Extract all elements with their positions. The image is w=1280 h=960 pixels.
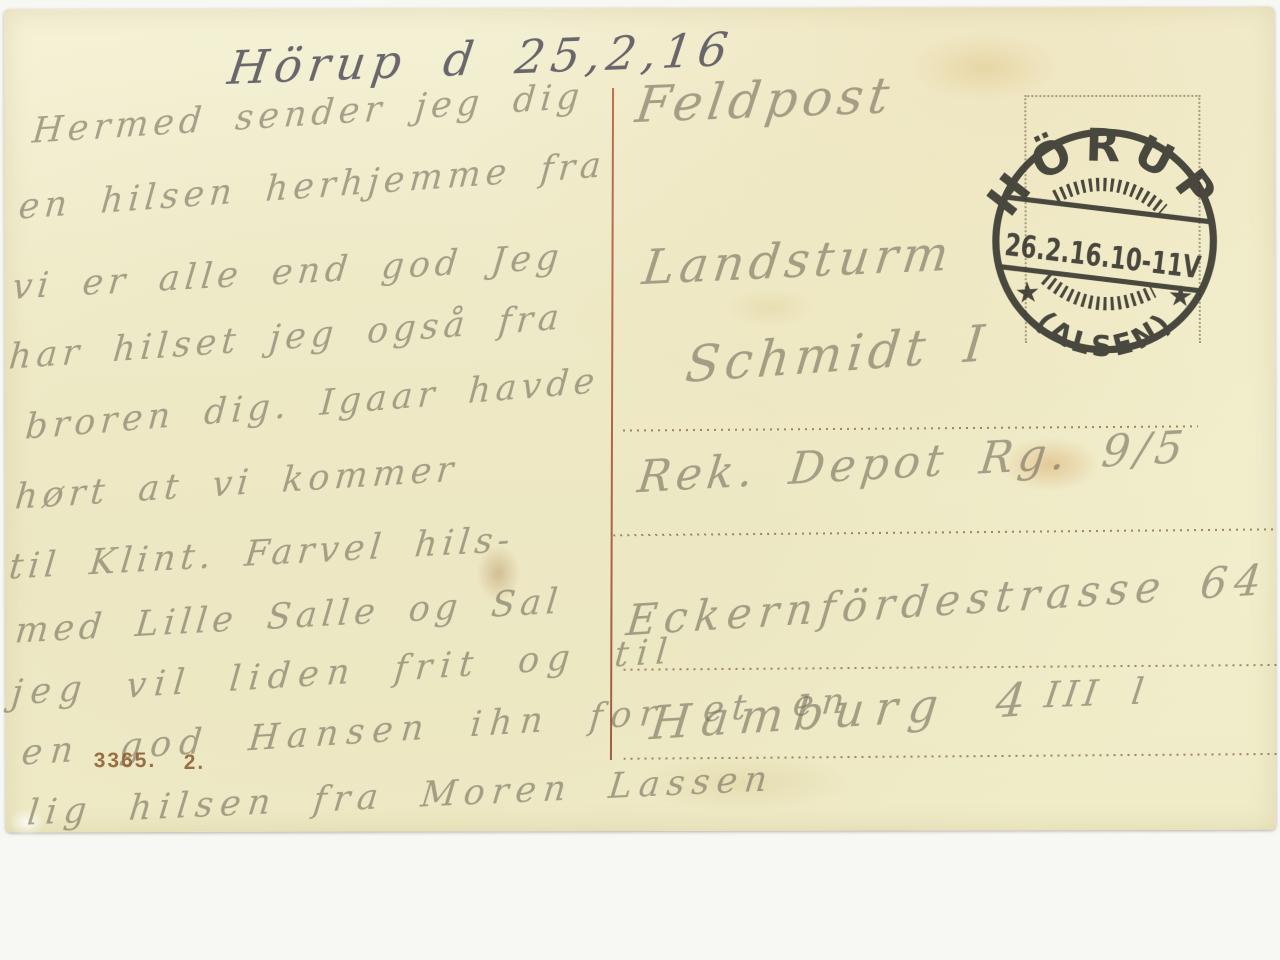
address-dotted-line (624, 753, 1278, 760)
paper-stain (725, 288, 815, 328)
printer-number: 3365. (94, 749, 157, 773)
message-line: en hilsen herhjemme fra (17, 145, 607, 228)
postmark-stamp: HÖRUP ★ (ALSEN) ★ 26.2.16.10-11V (986, 123, 1222, 359)
address-dotted-line (613, 528, 1277, 536)
printer-number-suffix: 2. (184, 751, 206, 775)
address-landsturm: Landsturm (639, 226, 956, 297)
postcard-scan: Hörup d 25,2,16 Hermed sender jeg dig en… (0, 0, 1280, 960)
message-line: med Lille Salle og Sal (13, 581, 564, 651)
address-floor: III l (1042, 671, 1151, 716)
message-line: har hilset jeg også fra (7, 297, 565, 377)
message-line: til Klint. Farvel hils- (7, 520, 516, 588)
address-feldpost: Feldpost (632, 66, 897, 134)
paper-stain (909, 32, 1059, 102)
address-dotted-line (624, 664, 1278, 671)
message-line: hørt at vi kommer (13, 449, 460, 517)
address-street: Eckernfördestrasse 64 (624, 555, 1271, 645)
address-unit: Rek. Depot Rg. 9/5 (635, 422, 1191, 503)
address-city: Hamburg 4 (647, 672, 1039, 751)
message-line: vi er alle end god Jeg (11, 237, 566, 307)
postcard-back: Hörup d 25,2,16 Hermed sender jeg dig en… (4, 7, 1276, 833)
address-name: Schmidt I (683, 314, 992, 394)
message-line: broren dig. Igaar havde (24, 361, 601, 448)
